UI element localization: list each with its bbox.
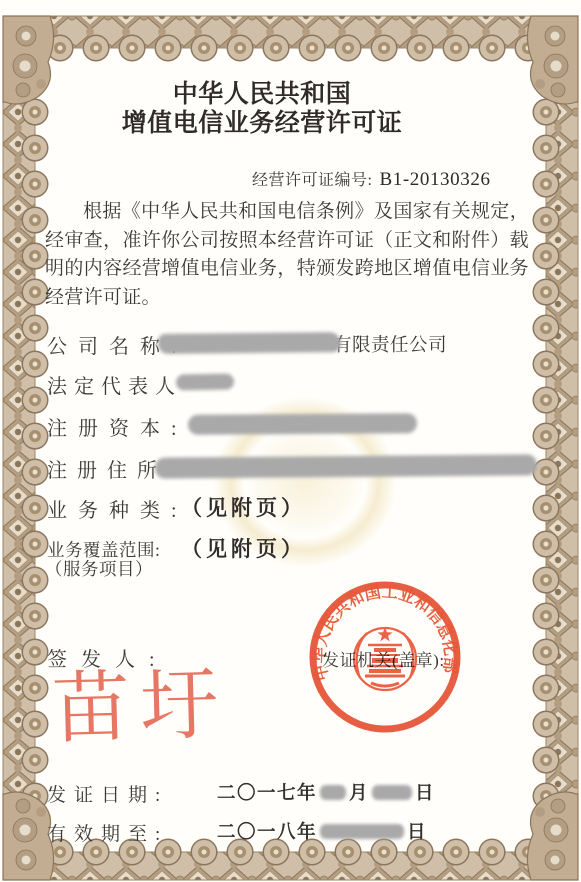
national-emblem [354, 627, 416, 690]
license-number-label: 经营许可证编号: [252, 167, 372, 190]
signature-handwriting: 苗圩 [51, 661, 253, 752]
issue-date-year: 二〇一七年 [217, 779, 317, 805]
issue-date-day-redaction [372, 785, 412, 800]
business-coverage-note: （服务项目） [45, 556, 153, 581]
business-type-value: （见附页） [181, 492, 306, 522]
registered-address-redaction [155, 454, 537, 478]
issue-date-month-unit: 月 [349, 779, 369, 805]
valid-until-label: 有效期至: [47, 819, 168, 846]
certificate-page: 中华人民共和国 增值电信业务经营许可证 经营许可证编号: B1-20130326… [0, 0, 581, 882]
license-number: B1-20130326 [379, 169, 490, 191]
issue-date-month-redaction [320, 785, 346, 800]
issue-date-label: 发证日期: [47, 780, 168, 807]
intro-paragraph: 根据《中华人民共和国电信条例》及国家有关规定，经审查，准许你公司按照本经营许可证… [45, 198, 529, 312]
legal-representative-label: 法定代表人 [47, 370, 182, 399]
business-type-label: 业务种类: [47, 494, 188, 523]
company-name-redaction [158, 332, 341, 354]
legal-representative-redaction [176, 373, 234, 390]
business-coverage-value: （见附页） [181, 533, 306, 563]
issue-date-value: 二〇一七年 月 日 [217, 779, 435, 805]
valid-until-year: 二〇一八年 [217, 818, 317, 844]
registered-capital-redaction [188, 413, 417, 435]
issue-date-day-unit: 日 [415, 779, 435, 805]
valid-until-date-redaction [320, 824, 404, 839]
official-seal: 中华人民共和国工业和信息化部 [306, 578, 464, 736]
valid-until-day-unit: 日 [407, 818, 427, 844]
registered-address-label: 注册住所 [47, 454, 167, 483]
registered-capital-label: 注册资本: [47, 412, 188, 441]
valid-until-value: 二〇一八年 日 [217, 818, 427, 844]
title-line2: 增值电信业务经营许可证 [0, 103, 524, 139]
license-number-line: 经营许可证编号: B1-20130326 [252, 167, 491, 191]
company-name-visible-value: 有限责任公司 [333, 331, 447, 357]
